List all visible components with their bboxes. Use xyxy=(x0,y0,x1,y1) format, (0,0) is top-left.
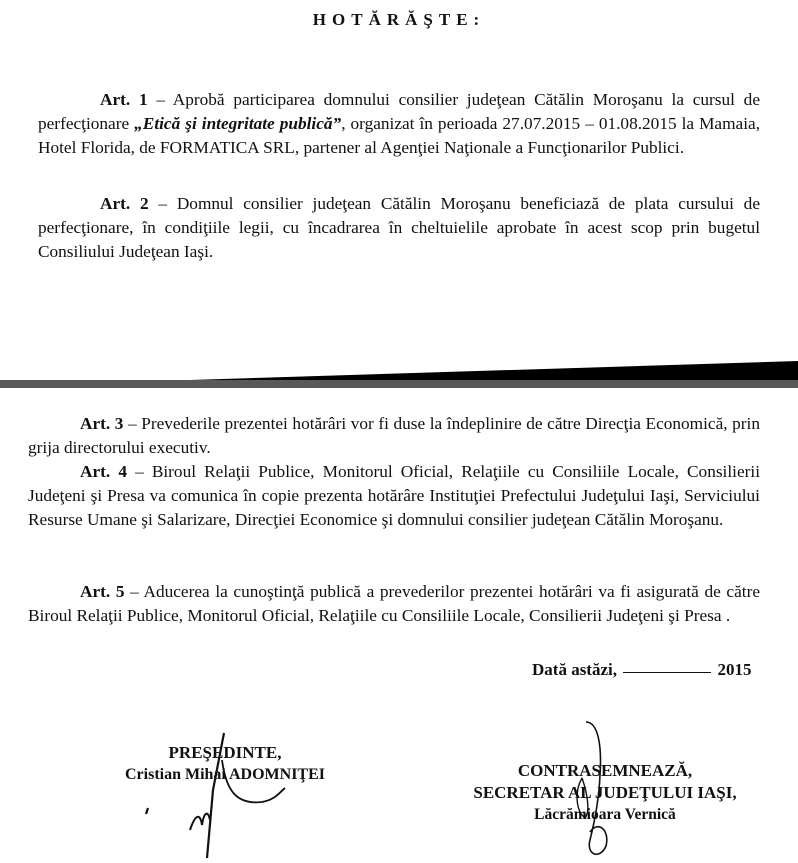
date-year: 2015 xyxy=(717,660,751,679)
article-2-label: Art. 2 xyxy=(100,194,149,213)
signature-president: PREŞEDINTE, Cristian Mihai ADOMNIŢEI xyxy=(80,742,370,786)
date-prefix: Dată astăzi, xyxy=(532,660,617,679)
signature-secretary: CONTRASEMNEAZĂ, SECRETAR AL JUDEŢULUI IA… xyxy=(440,760,770,826)
date-line: Dată astăzi, 2015 xyxy=(532,660,751,680)
page-break-shadow xyxy=(0,355,798,381)
article-5-label: Art. 5 xyxy=(80,582,125,601)
date-blank xyxy=(623,672,711,673)
article-4-label: Art. 4 xyxy=(80,462,127,481)
article-3-label: Art. 3 xyxy=(80,414,123,433)
secretary-name: Lăcrămioara Vernică xyxy=(440,804,770,826)
article-5: Art. 5 – Aducerea la cunoştinţă publică … xyxy=(28,580,760,628)
article-1-label: Art. 1 xyxy=(100,90,148,109)
president-role: PREŞEDINTE, xyxy=(80,742,370,764)
president-name: Cristian Mihai ADOMNIŢEI xyxy=(80,764,370,786)
article-5-text: – Aducerea la cunoştinţă publică a preve… xyxy=(28,582,760,625)
article-4: Art. 4 – Biroul Relaţii Publice, Monitor… xyxy=(28,460,760,532)
countersign-label: CONTRASEMNEAZĂ, xyxy=(440,760,770,782)
article-3: Art. 3 – Prevederile prezentei hotărâri … xyxy=(28,412,760,460)
page-divider xyxy=(0,380,798,388)
article-3-text: – Prevederile prezentei hotărâri vor fi … xyxy=(28,414,760,457)
article-4-text: – Biroul Relaţii Publice, Monitorul Ofic… xyxy=(28,462,760,529)
course-title: „Etică şi integritate publică” xyxy=(134,114,341,133)
decision-heading: HOTĂRĂŞTE: xyxy=(0,10,798,30)
secretary-title: SECRETAR AL JUDEŢULUI IAŞI, xyxy=(440,782,770,804)
article-2: Art. 2 – Domnul consilier judeţean Cătăl… xyxy=(38,192,760,264)
article-1: Art. 1 – Aprobă participarea domnului co… xyxy=(38,88,760,160)
